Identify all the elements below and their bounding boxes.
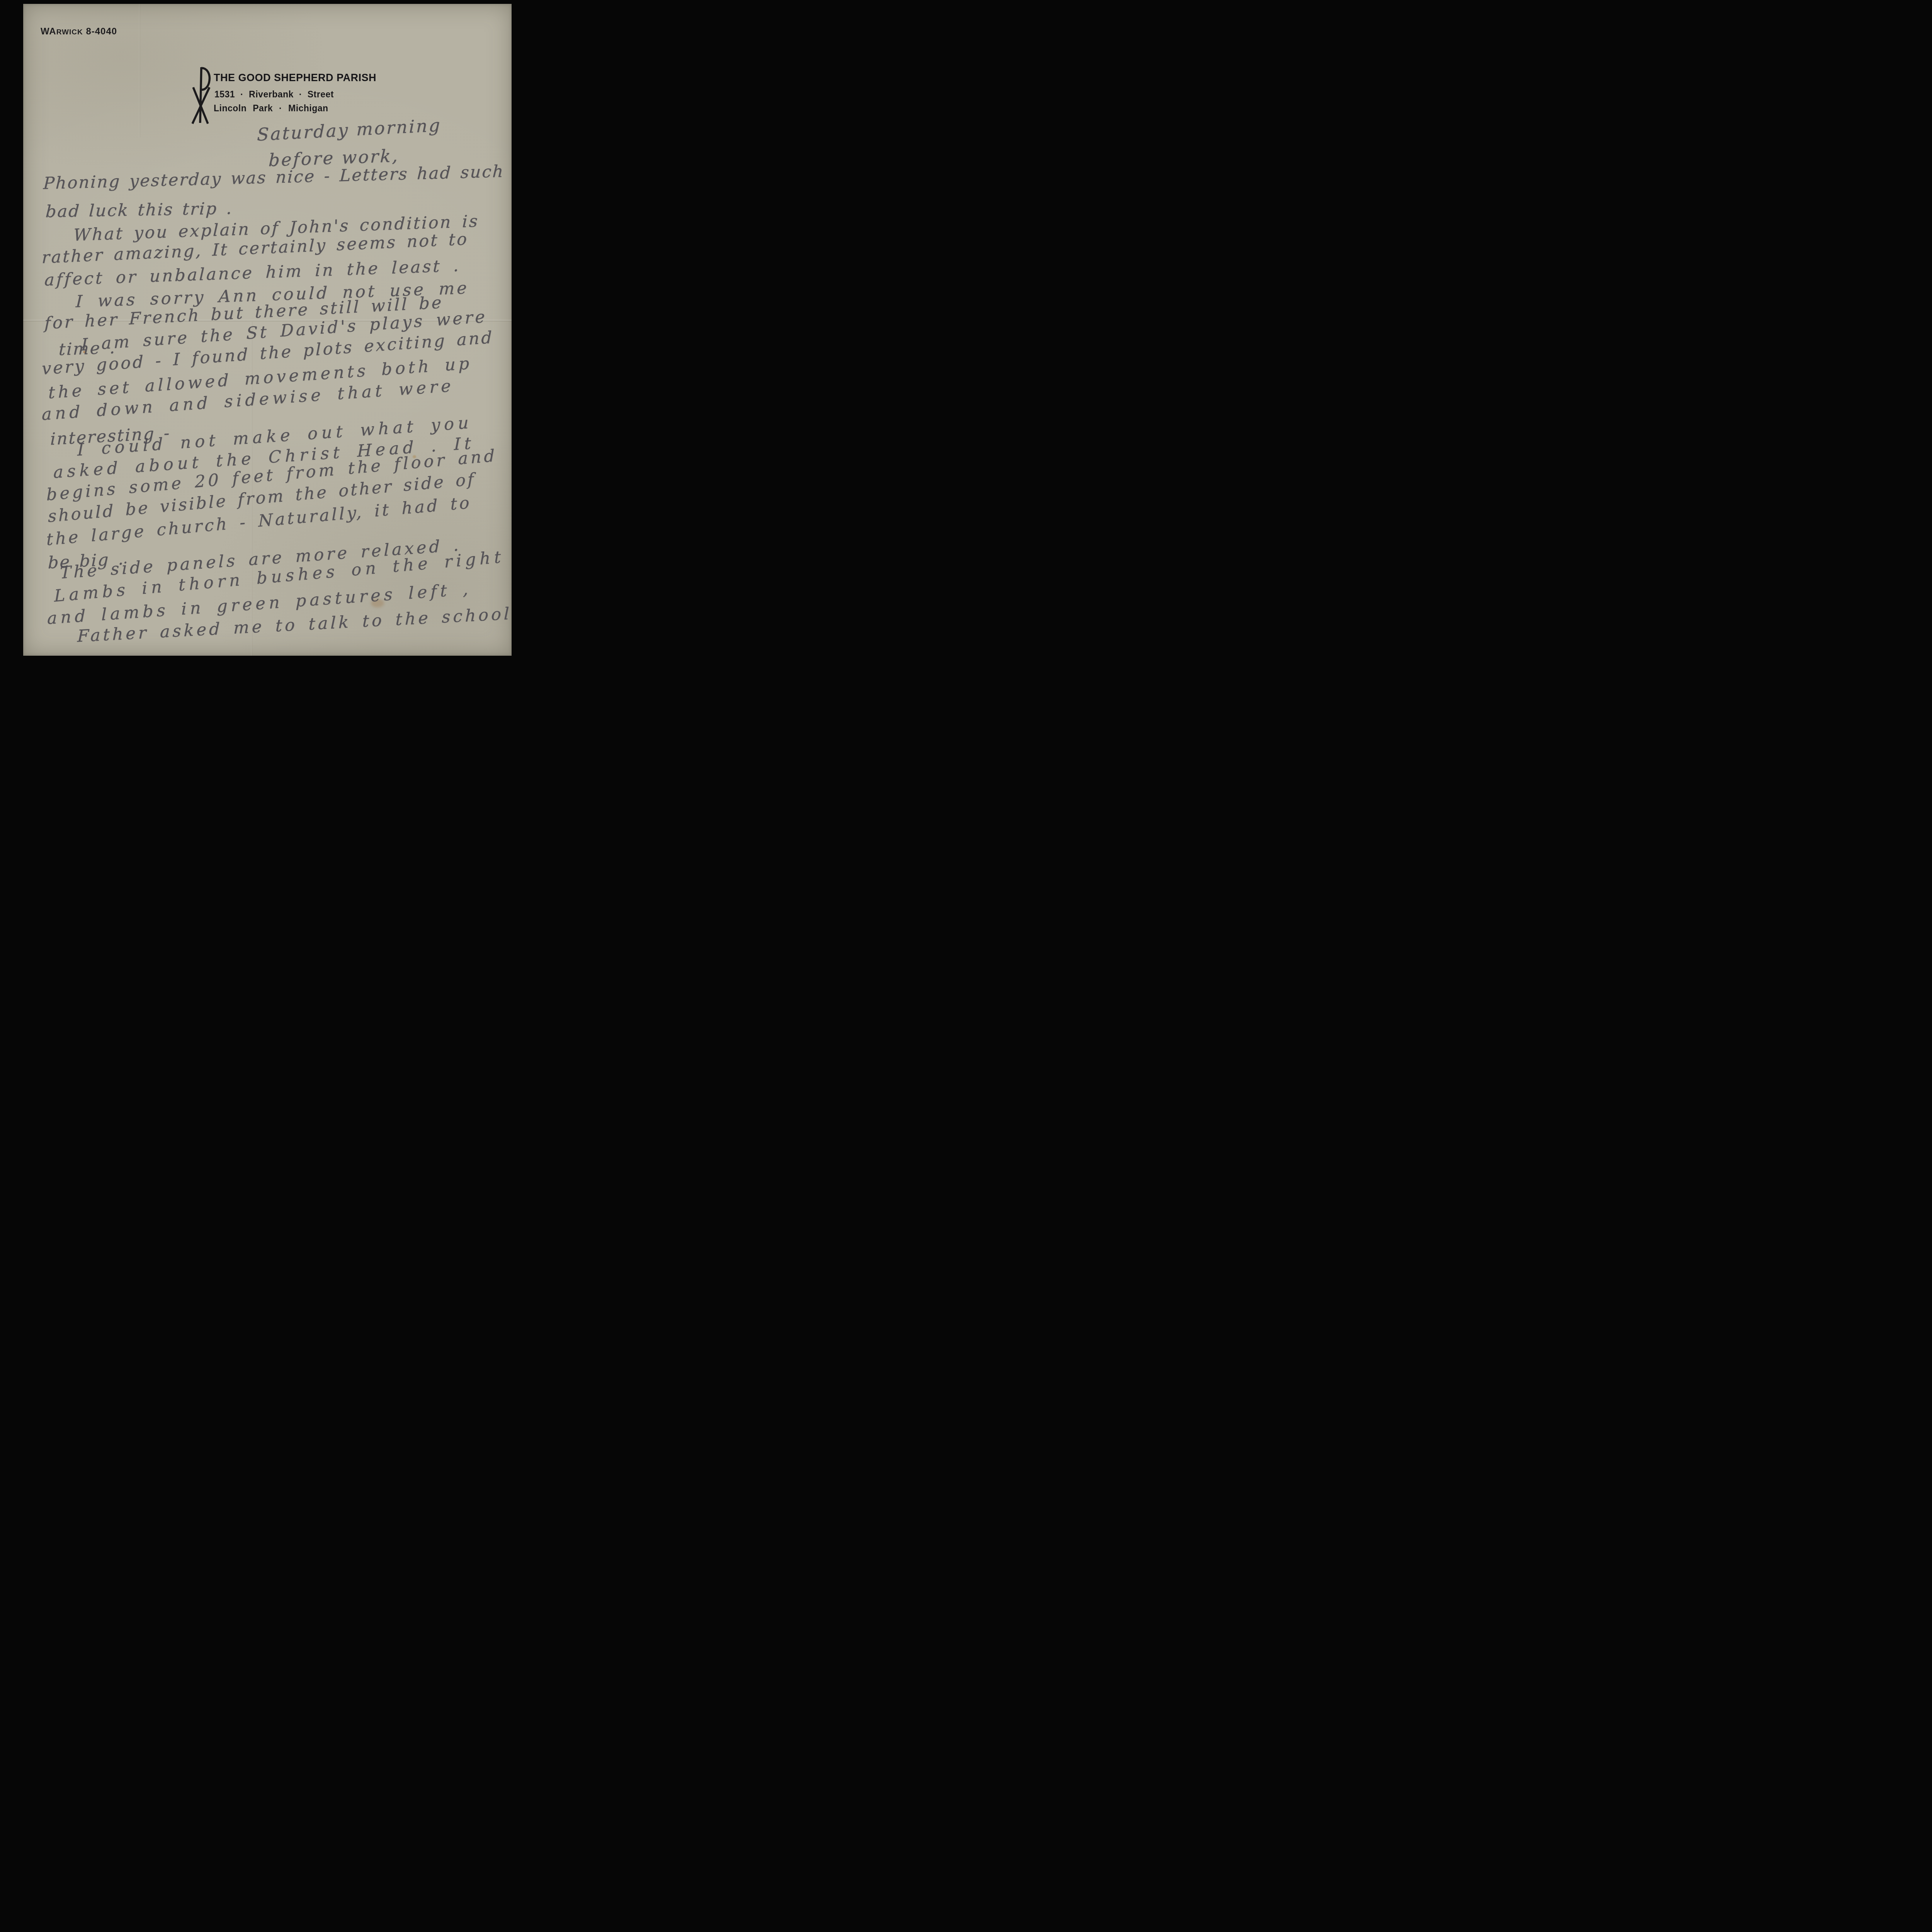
scan-backdrop: WARWICK 8-4040 THE GOOD SHEPHERD PARISH … (0, 0, 522, 667)
letterhead-address-city: Lincoln Park · Michigan (214, 103, 328, 114)
handwriting-line: bad luck this trip . (45, 199, 233, 222)
phone-exchange-initials: WA (41, 26, 56, 37)
letterhead-address-street: 1531 · Riverbank · Street (214, 89, 334, 100)
phone-exchange-rest: RWICK (56, 28, 83, 36)
fold-crease-vertical-top (139, 4, 140, 137)
letter-paper: WARWICK 8-4040 THE GOOD SHEPHERD PARISH … (23, 4, 512, 656)
handwritten-dateline-1: Saturday morning (257, 115, 442, 145)
letterhead-parish-name: THE GOOD SHEPHERD PARISH (214, 72, 376, 84)
chi-rho-icon (190, 66, 211, 124)
letterhead-phone: WARWICK 8-4040 (41, 26, 117, 37)
phone-number: 8-4040 (86, 26, 117, 37)
